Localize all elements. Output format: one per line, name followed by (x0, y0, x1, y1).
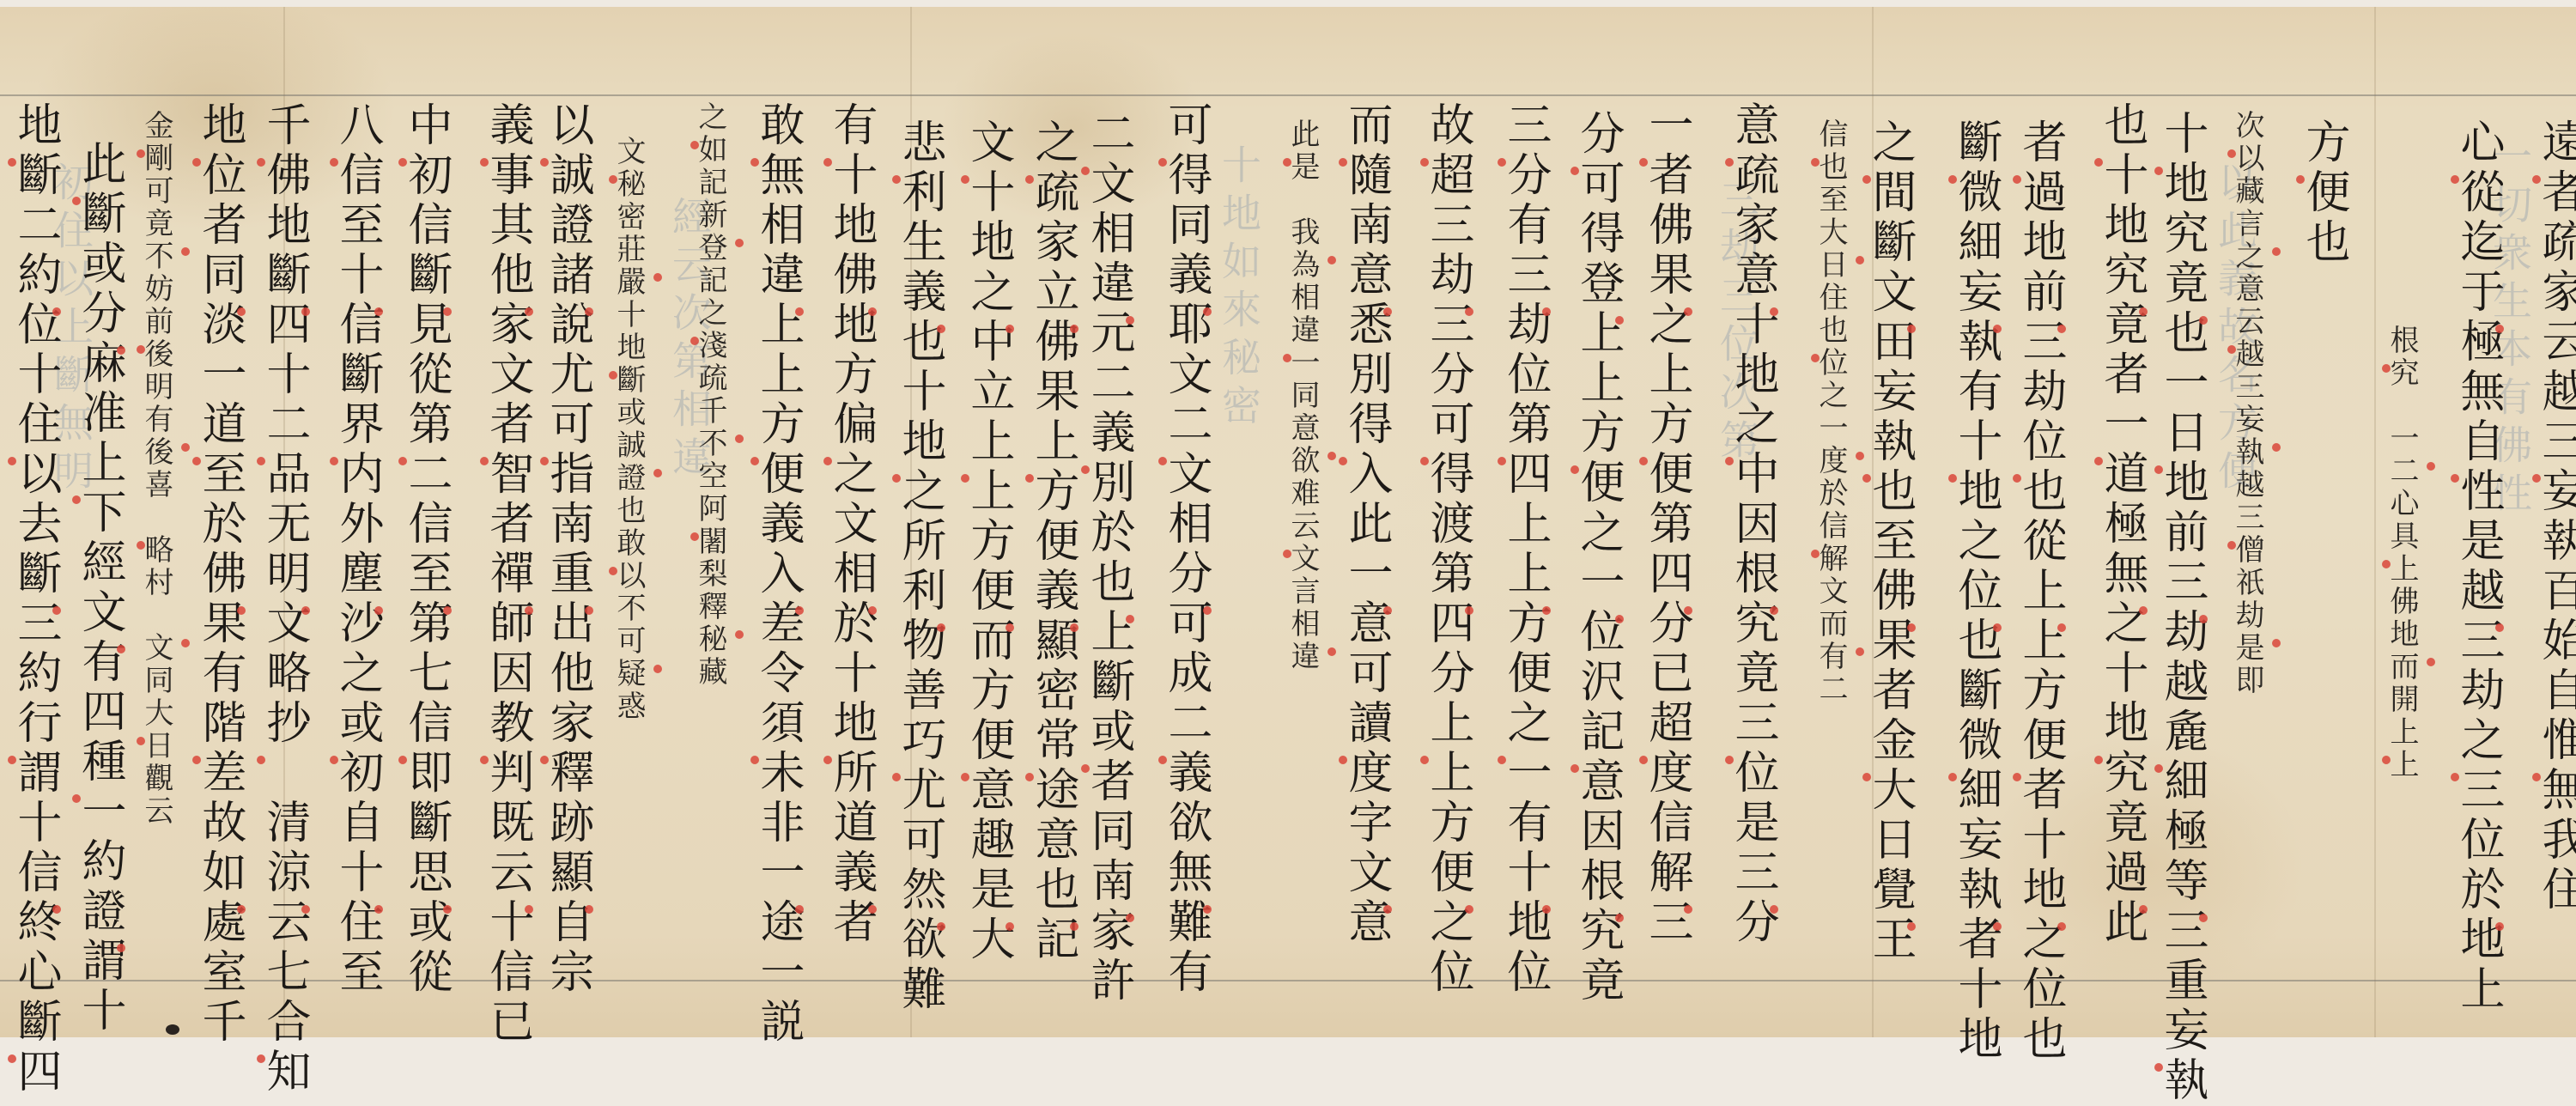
text-column: 根究 一二心具上佛地而開上上 (2387, 325, 2416, 781)
red-punctuation-mark (1770, 905, 1778, 914)
red-punctuation-mark (2094, 158, 2103, 167)
red-punctuation-mark (525, 905, 533, 914)
red-punctuation-mark (1856, 452, 1864, 460)
text-column: 文秘密莊嚴十地斷或誠證也敢以不可疑惑 (614, 136, 643, 723)
red-punctuation-mark (1907, 325, 1916, 333)
red-punctuation-mark (1770, 606, 1778, 615)
red-punctuation-mark (2199, 316, 2208, 325)
text-column: 義事其他家文者智者禪師因教判既云十信已 (485, 101, 530, 1047)
red-punctuation-mark (609, 371, 617, 380)
red-punctuation-mark (1158, 756, 1167, 764)
red-punctuation-mark (2532, 474, 2541, 483)
red-punctuation-mark (117, 346, 125, 355)
red-punctuation-mark (1465, 905, 1473, 914)
red-punctuation-mark (585, 606, 593, 615)
red-punctuation-mark (1770, 307, 1778, 316)
red-punctuation-mark (1383, 905, 1392, 914)
red-punctuation-mark (1327, 452, 1336, 460)
text-column: 也十地究竟者一道極無之十地究竟過此 (2099, 101, 2144, 948)
red-punctuation-mark (1339, 457, 1347, 465)
red-punctuation-mark (1639, 457, 1648, 465)
red-punctuation-mark (735, 239, 744, 247)
red-punctuation-mark (72, 495, 81, 504)
text-column: 此斷或分麻准上下經文有四種一約證謂十 (77, 140, 122, 1036)
red-punctuation-mark (1203, 307, 1212, 316)
red-punctuation-mark (1070, 623, 1078, 632)
red-punctuation-mark (2057, 922, 2066, 931)
red-punctuation-mark (2139, 905, 2148, 914)
red-punctuation-mark (1907, 623, 1916, 632)
red-punctuation-mark (2451, 773, 2459, 781)
red-punctuation-mark (2154, 465, 2163, 474)
red-punctuation-mark (1070, 325, 1078, 333)
red-punctuation-mark (1856, 647, 1864, 656)
red-punctuation-mark (330, 756, 338, 764)
red-punctuation-mark (585, 905, 593, 914)
red-punctuation-mark (795, 905, 804, 914)
red-punctuation-mark (374, 905, 383, 914)
red-punctuation-mark (2427, 658, 2435, 666)
text-column: 有十地佛地方偏之文相於十地所道義者 (829, 101, 873, 948)
text-column: 三分有三劫位第四上上方便之一有十地位 (1503, 101, 1547, 998)
red-punctuation-mark (2154, 167, 2163, 175)
red-punctuation-mark (1571, 167, 1579, 175)
red-punctuation-mark (2382, 560, 2391, 568)
red-punctuation-mark (137, 541, 145, 550)
red-punctuation-mark (1993, 922, 2002, 931)
red-punctuation-mark (1081, 764, 1090, 773)
red-punctuation-mark (795, 307, 804, 316)
red-punctuation-mark (8, 756, 16, 764)
text-column: 地位者同淡一道至於佛果有階差故如處室千 (197, 101, 242, 1047)
red-punctuation-mark (1126, 615, 1134, 623)
red-punctuation-mark (237, 905, 246, 914)
red-punctuation-mark (1862, 773, 1871, 781)
red-punctuation-mark (2532, 773, 2541, 781)
red-punctuation-mark (609, 175, 617, 184)
text-column: 金剛可竟不妨前後明有後喜 略村 文同大日觀云 (142, 110, 171, 828)
red-punctuation-mark (117, 944, 125, 952)
red-punctuation-mark (52, 905, 61, 914)
red-punctuation-mark (1420, 457, 1429, 465)
text-column: 斷微細妄執有十地之位也斷微細妄執者十地 (1953, 118, 1998, 1047)
red-punctuation-mark (2139, 307, 2148, 316)
red-punctuation-mark (868, 606, 877, 615)
red-punctuation-mark (1542, 905, 1551, 914)
red-punctuation-mark (480, 457, 489, 465)
text-column: 者過地前三劫位也從上上方便者十地之位也 (2018, 118, 2063, 1047)
red-punctuation-mark (868, 307, 877, 316)
red-punctuation-mark (2272, 247, 2281, 256)
red-punctuation-mark (1993, 325, 2002, 333)
text-column: 之間斷文田妄執也至佛果者金大日覺王 (1868, 118, 1912, 965)
red-punctuation-mark (540, 756, 549, 764)
red-punctuation-mark (2382, 756, 2391, 764)
red-punctuation-mark (480, 756, 489, 764)
bleed-through-text: 十地如來秘密 (1219, 144, 1259, 433)
red-punctuation-mark (1639, 158, 1648, 167)
red-punctuation-mark (72, 794, 81, 803)
text-column: 中初信斷見從第二信至第七信即斷思或從 (404, 101, 448, 998)
red-punctuation-mark (1420, 158, 1429, 167)
text-column: 敢無相違上上方便義入差令須未非一途一説 (756, 101, 800, 1047)
red-punctuation-mark (480, 158, 489, 167)
text-column: 信也至大日住也位之一度於信解文而有二 (1816, 118, 1845, 706)
text-column: 次以藏言之意云越三妄執越三僧祇劫是即 (2233, 110, 2262, 697)
red-punctuation-mark (1571, 764, 1579, 773)
red-punctuation-mark (1862, 175, 1871, 184)
red-punctuation-mark (2057, 325, 2066, 333)
red-punctuation-mark (892, 773, 901, 781)
red-punctuation-mark (1725, 457, 1734, 465)
red-punctuation-mark (868, 905, 877, 914)
red-punctuation-mark (2296, 175, 2305, 184)
red-punctuation-mark (2382, 364, 2391, 373)
red-punctuation-mark (892, 474, 901, 483)
red-punctuation-mark (823, 756, 832, 764)
red-punctuation-mark (2094, 457, 2103, 465)
red-punctuation-mark (540, 158, 549, 167)
text-column: 意疏家意十地之中因根究竟三位是三分 (1730, 101, 1775, 948)
ink-blot (166, 1024, 179, 1035)
red-punctuation-mark (690, 141, 699, 149)
red-punctuation-mark (653, 273, 662, 282)
red-punctuation-mark (181, 247, 190, 256)
red-punctuation-mark (52, 606, 61, 615)
red-punctuation-mark (2495, 922, 2504, 931)
red-punctuation-mark (961, 474, 969, 483)
red-punctuation-mark (892, 175, 901, 184)
red-punctuation-mark (525, 307, 533, 316)
red-punctuation-mark (2013, 773, 2021, 781)
red-punctuation-mark (257, 457, 265, 465)
red-punctuation-mark (1126, 316, 1134, 325)
red-punctuation-mark (398, 457, 407, 465)
red-punctuation-mark (1498, 457, 1506, 465)
red-punctuation-mark (1465, 307, 1473, 316)
red-punctuation-mark (1005, 623, 1014, 632)
text-column: 而隨南意悉別得入此一意可讀度字文意 (1344, 101, 1388, 948)
red-punctuation-mark (1948, 773, 1957, 781)
manuscript-scroll: 一切衆生本有佛性 以此義故名方便 三劫三位次第 十地如來秘密 經云次第相違 初住… (0, 7, 2576, 1037)
red-punctuation-mark (2227, 541, 2236, 550)
text-column: 之疏家立佛果上方便義顯密常途意也記 (1030, 118, 1075, 965)
red-punctuation-mark (2272, 639, 2281, 647)
red-punctuation-mark (2199, 914, 2208, 922)
red-punctuation-mark (1005, 325, 1014, 333)
red-punctuation-mark (1542, 606, 1551, 615)
red-punctuation-mark (1639, 756, 1648, 764)
text-column: 八信至十信斷界内外塵沙之或初自十住至 (335, 101, 380, 998)
text-column: 方便也 (2301, 118, 2346, 268)
red-punctuation-mark (1811, 354, 1820, 362)
red-punctuation-mark (137, 345, 145, 354)
red-punctuation-mark (1862, 474, 1871, 483)
red-punctuation-mark (443, 905, 452, 914)
red-punctuation-mark (1025, 474, 1034, 483)
red-punctuation-mark (1158, 457, 1167, 465)
red-punctuation-mark (192, 457, 201, 465)
red-punctuation-mark (1283, 158, 1291, 167)
red-punctuation-mark (181, 443, 190, 452)
red-punctuation-mark (1571, 465, 1579, 474)
red-punctuation-mark (735, 434, 744, 443)
paper-seam (2374, 7, 2376, 1037)
red-punctuation-mark (1498, 158, 1506, 167)
red-punctuation-mark (2427, 462, 2435, 471)
text-column: 故超三劫三分可得渡第四分上上方便之位 (1425, 101, 1470, 998)
red-punctuation-mark (1383, 606, 1392, 615)
red-punctuation-mark (237, 307, 246, 316)
red-punctuation-mark (374, 307, 383, 316)
red-punctuation-mark (2451, 474, 2459, 483)
red-punctuation-mark (1339, 158, 1347, 167)
text-column: 可得同義耶文二文相分可成二義欲無難有 (1163, 101, 1208, 998)
red-punctuation-mark (653, 665, 662, 673)
red-punctuation-mark (8, 158, 16, 167)
red-punctuation-mark (937, 325, 945, 333)
red-punctuation-mark (257, 756, 265, 764)
red-punctuation-mark (750, 457, 759, 465)
text-column: 地斷二約位十住以去斷三約行謂十信終心斷四 (13, 101, 58, 1047)
red-punctuation-mark (137, 737, 145, 745)
red-punctuation-mark (2013, 175, 2021, 184)
text-column: 分可得登上上方便之一位沢記意因根究竟 (1576, 110, 1620, 1006)
red-punctuation-mark (1948, 175, 1957, 184)
red-punctuation-mark (1081, 167, 1090, 175)
red-punctuation-mark (1005, 922, 1014, 931)
red-punctuation-mark (2532, 175, 2541, 184)
red-punctuation-mark (1025, 773, 1034, 781)
red-punctuation-mark (443, 307, 452, 316)
red-punctuation-mark (398, 756, 407, 764)
red-punctuation-mark (2451, 175, 2459, 184)
red-punctuation-mark (937, 922, 945, 931)
red-punctuation-mark (1615, 914, 1624, 922)
red-punctuation-mark (735, 630, 744, 639)
top-ruled-line (0, 94, 2576, 96)
red-punctuation-mark (1856, 256, 1864, 264)
red-punctuation-mark (1498, 756, 1506, 764)
red-punctuation-mark (1283, 550, 1291, 558)
text-column: 文十地之中立上上方便而方便意趣是大 (966, 118, 1011, 965)
red-punctuation-mark (1339, 756, 1347, 764)
red-punctuation-mark (937, 623, 945, 632)
red-punctuation-mark (690, 337, 699, 345)
red-punctuation-mark (1811, 158, 1820, 167)
red-punctuation-mark (1948, 474, 1957, 483)
red-punctuation-mark (961, 175, 969, 184)
red-punctuation-mark (330, 457, 338, 465)
red-punctuation-mark (1203, 905, 1212, 914)
red-punctuation-mark (330, 158, 338, 167)
red-punctuation-mark (1542, 307, 1551, 316)
red-punctuation-mark (1081, 465, 1090, 474)
red-punctuation-mark (2495, 623, 2504, 632)
red-punctuation-mark (1327, 647, 1336, 656)
red-punctuation-mark (525, 606, 533, 615)
red-punctuation-mark (8, 457, 16, 465)
red-punctuation-mark (2094, 756, 2103, 764)
red-punctuation-mark (961, 773, 969, 781)
red-punctuation-mark (1684, 307, 1692, 316)
red-punctuation-mark (1725, 158, 1734, 167)
red-punctuation-mark (2154, 764, 2163, 773)
red-punctuation-mark (2199, 615, 2208, 623)
red-punctuation-mark (750, 756, 759, 764)
red-punctuation-mark (1993, 623, 2002, 632)
red-punctuation-mark (1126, 914, 1134, 922)
red-punctuation-mark (117, 645, 125, 653)
red-punctuation-mark (1615, 615, 1624, 623)
red-punctuation-mark (192, 756, 201, 764)
text-column: 遠者疏家云越三妄執百始自惟無我住 (2537, 118, 2576, 915)
red-punctuation-mark (52, 307, 61, 316)
text-column: 此是 我為相違一同意欲难云文言相違 (1288, 118, 1317, 673)
red-punctuation-mark (540, 457, 549, 465)
red-punctuation-mark (72, 197, 81, 205)
red-punctuation-mark (1465, 606, 1473, 615)
red-punctuation-mark (2227, 345, 2236, 354)
red-punctuation-mark (443, 606, 452, 615)
red-punctuation-mark (1327, 256, 1336, 264)
red-punctuation-mark (795, 606, 804, 615)
red-punctuation-mark (237, 606, 246, 615)
red-punctuation-mark (1383, 307, 1392, 316)
red-punctuation-mark (301, 905, 310, 914)
red-punctuation-mark (1615, 316, 1624, 325)
text-column: 二文相違元二義別於也上斷或者同南家許 (1086, 110, 1131, 1006)
red-punctuation-mark (823, 158, 832, 167)
red-punctuation-mark (653, 469, 662, 477)
red-punctuation-mark (750, 158, 759, 167)
text-column: 十地究竟也一日地前三劫越麁細極等三重妄執 (2160, 110, 2204, 1047)
red-punctuation-mark (1725, 756, 1734, 764)
red-punctuation-mark (690, 532, 699, 541)
red-punctuation-mark (301, 606, 310, 615)
red-punctuation-mark (2272, 443, 2281, 452)
text-column: 悲利生義也十地之所利物善巧尤可然欲難 (897, 118, 942, 1015)
text-column: 心從迄于極無自性是越三劫之三位於地上 (2456, 118, 2500, 1015)
red-punctuation-mark (1907, 922, 1916, 931)
red-punctuation-mark (192, 158, 201, 167)
red-punctuation-mark (1203, 606, 1212, 615)
text-column: 以誠證諸說尤可指南重出他家釋跡顯自宗 (545, 101, 590, 998)
red-punctuation-mark (2013, 474, 2021, 483)
red-punctuation-mark (257, 158, 265, 167)
red-punctuation-mark (301, 307, 310, 316)
red-punctuation-mark (823, 457, 832, 465)
red-punctuation-mark (2139, 606, 2148, 615)
red-punctuation-mark (1025, 175, 1034, 184)
red-punctuation-mark (1684, 905, 1692, 914)
red-punctuation-mark (374, 606, 383, 615)
red-punctuation-mark (609, 567, 617, 575)
red-punctuation-mark (1283, 354, 1291, 362)
red-punctuation-mark (1070, 922, 1078, 931)
red-punctuation-mark (2227, 149, 2236, 158)
red-punctuation-mark (2495, 325, 2504, 333)
red-punctuation-mark (137, 149, 145, 158)
red-punctuation-mark (1684, 606, 1692, 615)
text-column: 千佛地斷四十二品无明文略抄 清涼云七合知 (262, 101, 307, 1047)
red-punctuation-mark (181, 639, 190, 647)
text-column: 之如記新登記之淺疏千不空阿闍梨釋秘藏 (696, 101, 725, 689)
red-punctuation-mark (398, 158, 407, 167)
red-punctuation-mark (1811, 550, 1820, 558)
red-punctuation-mark (2057, 623, 2066, 632)
red-punctuation-mark (1420, 756, 1429, 764)
text-column: 一者佛果之上方便第四分已超度信解三 (1644, 101, 1689, 948)
red-punctuation-mark (1158, 158, 1167, 167)
red-punctuation-mark (585, 307, 593, 316)
